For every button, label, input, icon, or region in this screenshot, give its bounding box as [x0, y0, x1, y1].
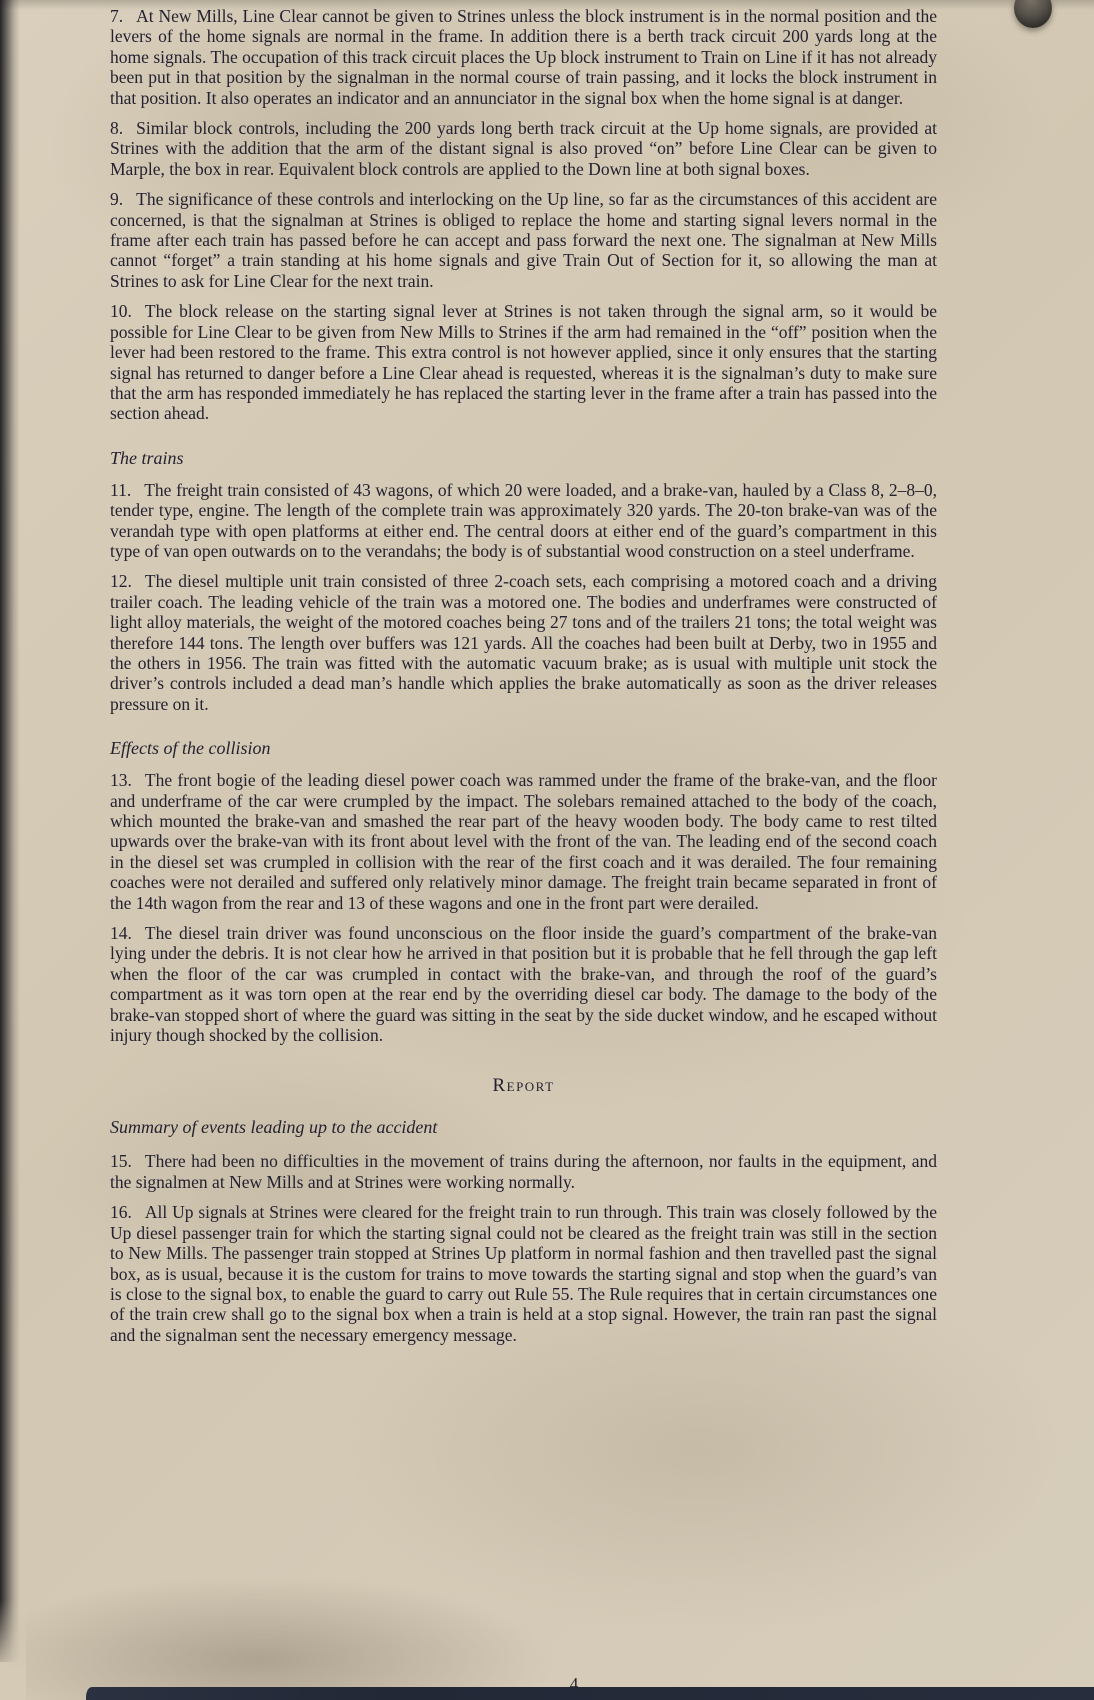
scanned-report-page: 7.At New Mills, Line Clear cannot be giv…	[0, 0, 1094, 1700]
paragraph-number: 7.	[110, 6, 123, 26]
paragraph-12: 12.The diesel multiple unit train consis…	[110, 571, 937, 714]
paragraph-14: 14.The diesel train driver was found unc…	[110, 923, 937, 1045]
paragraph-15: 15.There had been no difficulties in the…	[110, 1151, 937, 1192]
paragraph-7: 7.At New Mills, Line Clear cannot be giv…	[110, 6, 937, 108]
section-heading-the-trains: The trains	[110, 448, 937, 469]
paragraph-11: 11.The freight train consisted of 43 wag…	[110, 480, 937, 562]
paragraph-number: 8.	[110, 118, 123, 138]
paragraph-text: Similar block controls, including the 20…	[110, 118, 937, 179]
paragraph-number: 12.	[110, 571, 132, 591]
paragraph-number: 14.	[110, 923, 132, 943]
paragraph-text: The front bogie of the leading diesel po…	[110, 770, 937, 912]
paragraph-number: 15.	[110, 1151, 132, 1171]
scan-gutter-fade	[0, 1600, 26, 1700]
page-content: 7.At New Mills, Line Clear cannot be giv…	[110, 6, 937, 1355]
paragraph-text: The diesel multiple unit train consisted…	[110, 571, 937, 713]
paragraph-number: 11.	[110, 480, 131, 500]
paragraph-8: 8.Similar block controls, including the …	[110, 118, 937, 179]
report-heading: Report	[110, 1075, 937, 1097]
paragraph-number: 13.	[110, 770, 132, 790]
paragraph-text: There had been no difficulties in the mo…	[110, 1151, 937, 1191]
paragraph-text: The freight train consisted of 43 wagons…	[110, 480, 937, 561]
paragraph-number: 9.	[110, 189, 123, 209]
paragraph-text: At New Mills, Line Clear cannot be given…	[110, 6, 937, 108]
scan-gutter-shadow	[0, 0, 20, 1662]
paragraph-text: The diesel train driver was found uncons…	[110, 923, 937, 1045]
paragraph-text: The block release on the starting signal…	[110, 301, 937, 423]
paragraph-text: The significance of these controls and i…	[110, 189, 937, 291]
page-number: 4	[570, 1674, 579, 1695]
paragraph-9: 9.The significance of these controls and…	[110, 189, 937, 291]
section-heading-effects-of-the-collision: Effects of the collision	[110, 738, 937, 759]
paragraph-13: 13.The front bogie of the leading diesel…	[110, 770, 937, 913]
paragraph-number: 10.	[110, 301, 132, 321]
scan-bottom-edge	[86, 1687, 1094, 1700]
punch-hole	[1014, 0, 1052, 28]
paragraph-10: 10.The block release on the starting sig…	[110, 301, 937, 423]
paragraph-number: 16.	[110, 1202, 132, 1222]
paragraph-text: All Up signals at Strines were cleared f…	[110, 1202, 937, 1344]
section-heading-summary-of-events: Summary of events leading up to the acci…	[110, 1117, 937, 1138]
paragraph-16: 16.All Up signals at Strines were cleare…	[110, 1202, 937, 1345]
